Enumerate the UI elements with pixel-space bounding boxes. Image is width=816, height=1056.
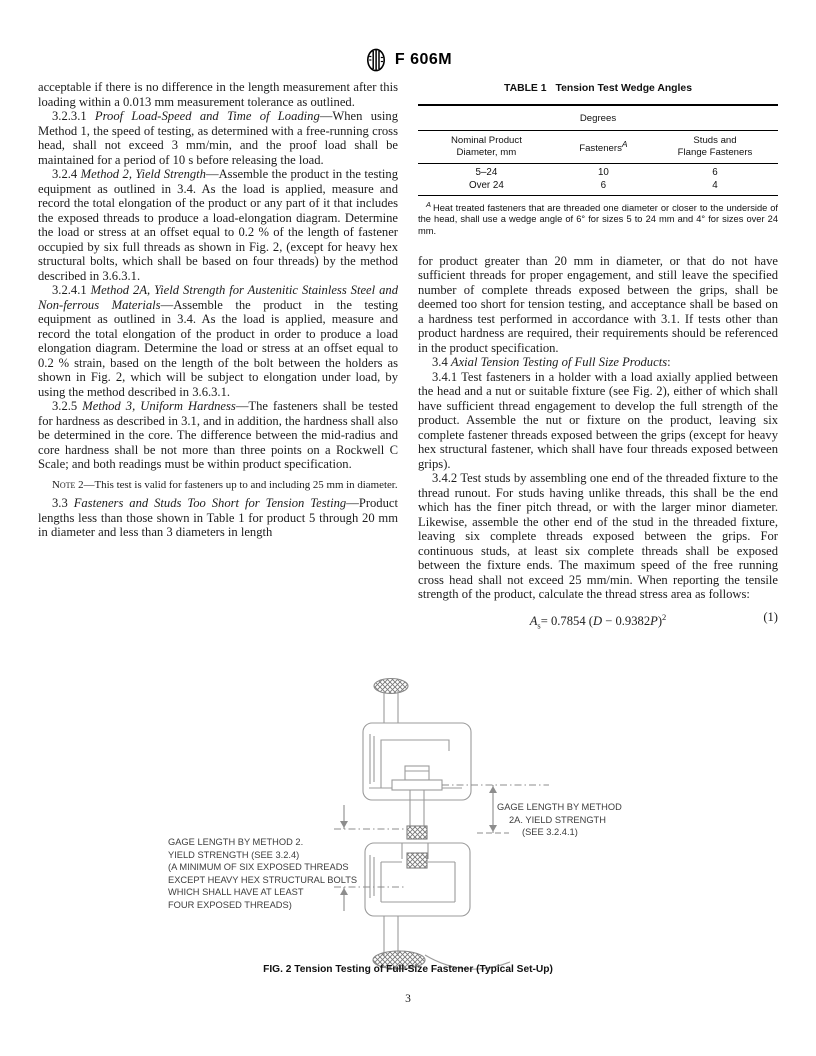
label-line: (SEE 3.2.4.1) [522,826,622,839]
pull-rod-top [384,691,398,723]
column-header-diameter: Nominal ProductDiameter, mm [418,135,555,158]
table-rule-bottom [418,195,778,196]
break-ellipse-top [374,679,408,694]
label-line: (A MINIMUM OF SIX EXPOSED THREADS [168,861,357,874]
bolt-head [405,766,429,780]
section-number: 3.4.2 [432,471,460,485]
table-row: Over 24 6 4 [418,179,778,192]
left-column: acceptable if there is no difference in … [38,80,398,540]
table-title-text: Tension Test Wedge Angles [556,83,692,94]
note-text: This test is valid for fasteners up to a… [94,479,397,491]
section-342: 3.4.2 Test studs by assembling one end o… [418,471,778,602]
washer [392,780,442,790]
body-text: : [667,355,671,369]
equation-body: As= 0.7854 (D − 0.9382P)2 [418,610,778,633]
page-number: 3 [0,993,816,1005]
label-line: 2A. YIELD STRENGTH [509,814,622,827]
body-text: Test fasteners in a holder with a load a… [418,370,778,471]
column-header-fasteners: FastenersA [555,139,652,155]
section-title: Axial Tension Testing of Full Size Produ… [451,355,667,369]
table-cell: 5–24 [418,166,555,179]
right-column: TABLE 1Tension Test Wedge Angles Degrees… [418,82,778,630]
table-cell: 6 [555,179,652,192]
note-label: Note 2— [52,479,94,491]
section-number: 3.3 [52,496,74,510]
equation-number: (1) [763,610,778,625]
section-34: 3.4 Axial Tension Testing of Full Size P… [418,355,778,370]
label-line: WHICH SHALL HAVE AT LEAST [168,886,357,899]
table-span-header: Degrees [418,106,778,131]
table-cell: 6 [652,166,778,179]
table-row: 5–24 10 6 [418,166,778,179]
astm-logo [364,48,388,72]
document-page: F 606M acceptable if there is no differe… [0,0,816,1056]
label-line: YIELD STRENGTH (SEE 3.2.4) [168,849,357,862]
figure-drawing [0,672,816,988]
footnote-marker: A [426,200,431,209]
section-number: 3.2.4.1 [52,283,91,297]
label-line: GAGE LENGTH BY METHOD [497,801,622,814]
section-341: 3.4.1 Test fasteners in a holder with a … [418,370,778,472]
standard-code: F 606M [395,51,452,69]
figure-label-method2: GAGE LENGTH BY METHOD 2. YIELD STRENGTH … [168,836,357,912]
equation-1: As= 0.7854 (D − 0.9382P)2 (1) [418,610,778,630]
section-title: Method 3, Uniform Hardness [82,399,236,413]
label-line: EXCEPT HEAVY HEX STRUCTURAL BOLTS [168,874,357,887]
label-line: GAGE LENGTH BY METHOD 2. [168,836,357,849]
body-text: Test studs by assembling one end of the … [418,471,778,601]
table-label: TABLE 1 [504,83,547,94]
section-3241: 3.2.4.1 Method 2A, Yield Strength for Au… [38,283,398,399]
table-body: 5–24 10 6 Over 24 6 4 [418,164,778,195]
pull-rod-bottom [384,916,398,956]
section-324: 3.2.4 Method 2, Yield Strength—Assemble … [38,167,398,283]
paragraph-continuation: acceptable if there is no difference in … [38,80,398,109]
figure-2 [0,672,816,988]
body-text: acceptable if there is no difference in … [38,80,398,109]
table-title: TABLE 1Tension Test Wedge Angles [418,82,778,97]
page-header: F 606M [0,48,816,72]
body-text: for product greater than 20 mm in diamet… [418,254,778,355]
column-header-studs: Studs andFlange Fasteners [652,135,778,158]
table-cell: Over 24 [418,179,555,192]
paragraph-continuation: for product greater than 20 mm in diamet… [418,254,778,356]
footnote-text: Heat treated fasteners that are threaded… [418,203,778,236]
label-line: FOUR EXPOSED THREADS) [168,899,357,912]
exposed-threads [407,826,427,839]
figure-caption: FIG. 2 Tension Testing of Full-Size Fast… [0,964,816,975]
figure-label-method2a: GAGE LENGTH BY METHOD 2A. YIELD STRENGTH… [497,801,622,839]
section-number: 3.2.5 [52,399,82,413]
table-cell: 10 [555,166,652,179]
section-title: Fasteners and Studs Too Short for Tensio… [74,496,347,510]
section-number: 3.2.3.1 [52,109,95,123]
section-325: 3.2.5 Method 3, Uniform Hardness—The fas… [38,399,398,472]
section-title: Proof Load-Speed and Time of Loading [95,109,320,123]
section-number: 3.4 [432,355,451,369]
note-2: Note 2—This test is valid for fasteners … [38,479,398,492]
body-text: —Assemble the product in the testing equ… [38,167,398,283]
engaged-threads [407,853,427,868]
section-3231: 3.2.3.1 Proof Load-Speed and Time of Loa… [38,109,398,167]
section-number: 3.4.1 [432,370,461,384]
section-title: Method 2, Yield Strength [81,167,206,181]
body-text: —Assemble the product in the testing equ… [38,298,398,399]
section-33: 3.3 Fasteners and Studs Too Short for Te… [38,496,398,540]
table-header-row: Nominal ProductDiameter, mm FastenersA S… [418,131,778,163]
table-cell: 4 [652,179,778,192]
table-1: TABLE 1Tension Test Wedge Angles Degrees… [418,82,778,237]
lower-fixture [365,843,470,916]
table-footnote: AHeat treated fasteners that are threade… [418,199,778,237]
section-number: 3.2.4 [52,167,81,181]
